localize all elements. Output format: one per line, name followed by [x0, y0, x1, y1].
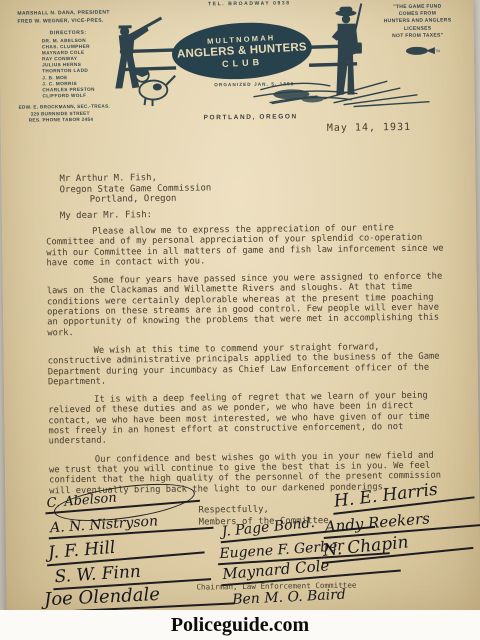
recipient-line: Portland, Oregon — [60, 193, 212, 205]
secretary-line: RES. PHONE TABOR 2454 — [29, 116, 164, 124]
logo-line: CLUB — [222, 56, 263, 68]
letter-paragraph: We wish at this time to commend your str… — [47, 341, 445, 387]
letter-date: May 14, 1931 — [327, 122, 411, 134]
salutation: My dear Mr. Fish: — [60, 210, 152, 221]
dog-art — [136, 68, 176, 106]
fisherman-art — [331, 3, 362, 94]
recipient-address: Mr Arthur M. Fish, Oregon State Game Com… — [59, 172, 211, 205]
letterhead-city: PORTLAND, OREGON — [151, 113, 351, 122]
watermark-caption: Policeguide.com — [0, 614, 480, 637]
letter-paragraph: Some four years have passed since you we… — [47, 272, 446, 339]
letter-paragraph: Please allow me to express the appreciat… — [46, 223, 444, 269]
letter-photo-paper: TEL. BROADWAY 0938 MARSHALL N. DANA, PRE… — [0, 0, 480, 617]
letter-paragraph: It is with a deep feeling of regret that… — [48, 391, 447, 447]
letter-body: Please allow me to express the appreciat… — [46, 223, 447, 505]
